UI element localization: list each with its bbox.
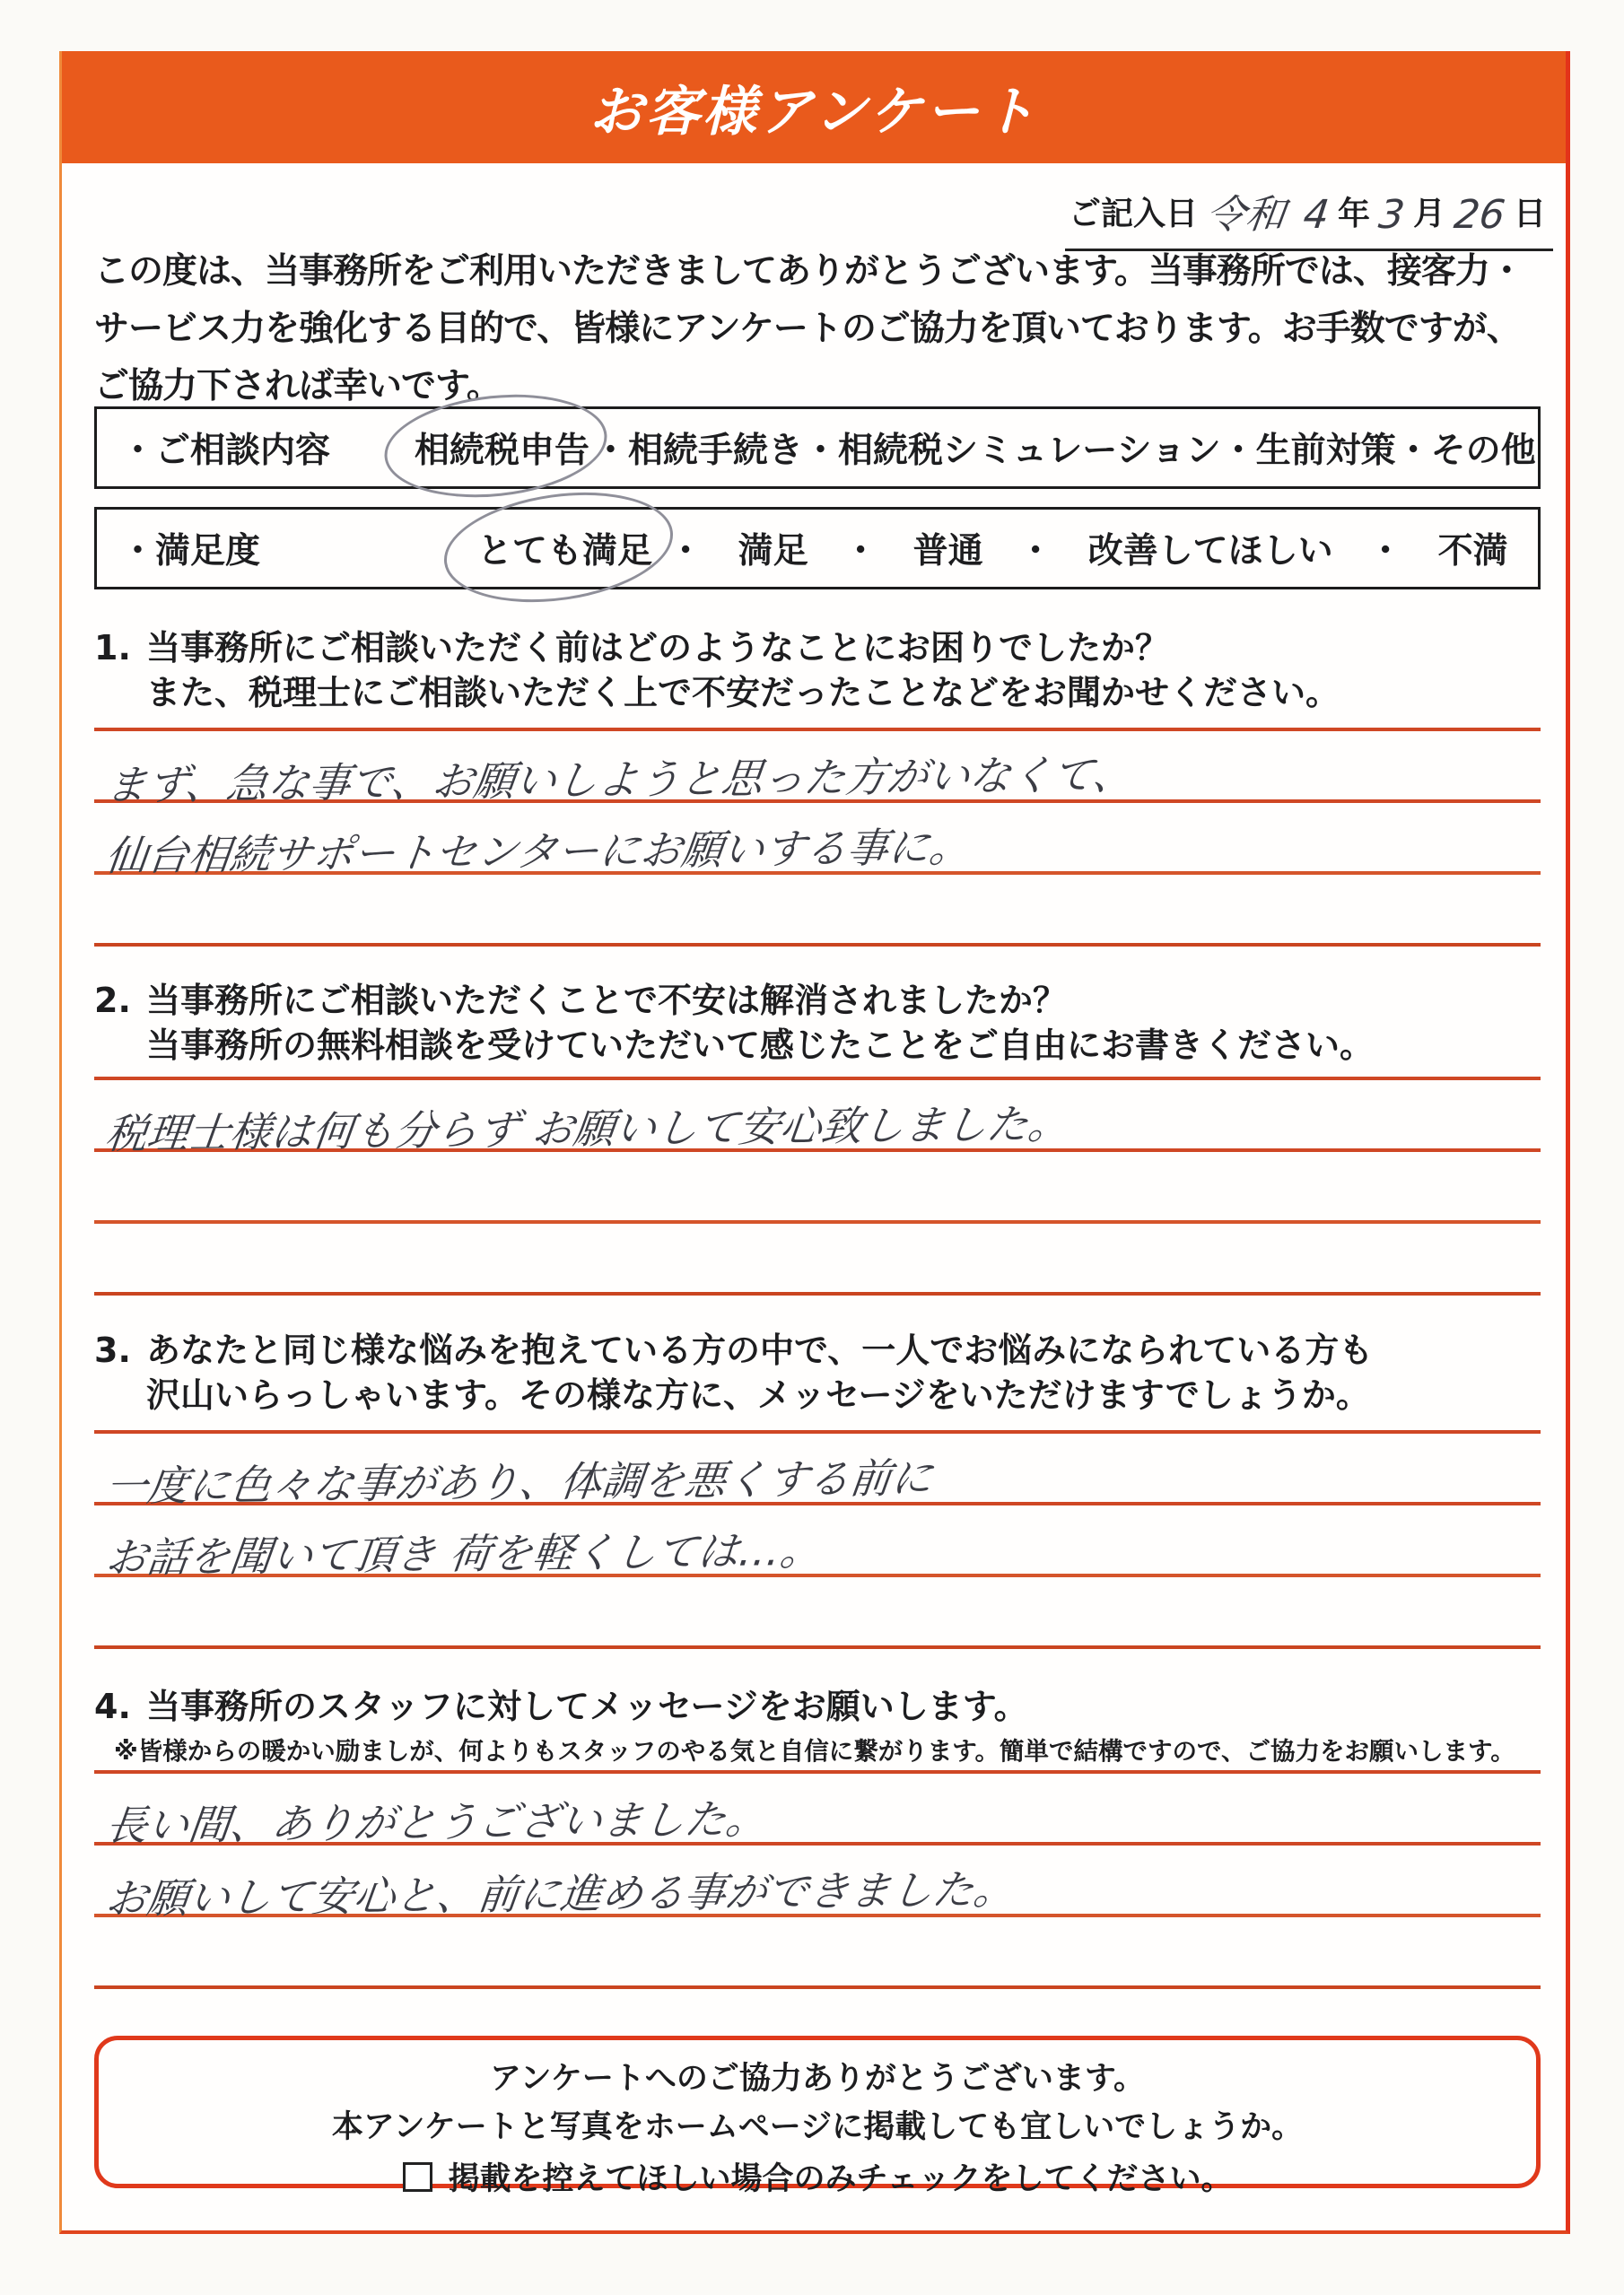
answer-line: お願いして安心と、前に進める事ができました。 (94, 1846, 1541, 1917)
handwritten-answer: 一度に色々な事があり、体調を悪くする前に (103, 1445, 937, 1514)
question-2-heading: 2. 当事務所にご相談いただくことで不安は解消されましたか？ 当事務所の無料相談… (94, 978, 1541, 1068)
question-2-answer-area: 税理士様は何も分らず お願いして安心致しました。 (94, 1077, 1541, 1296)
question-3: 3. あなたと同じ様な悩みを抱えている方の中で、一人でお悩みになられている方も … (94, 1328, 1541, 1649)
satisfaction-selected-option: とても満足 (474, 523, 656, 573)
question-4-line1: 当事務所のスタッフに対してメッセージをお願いします。 (146, 1687, 1028, 1726)
footer-consent-line: 本アンケートと写真をホームページに掲載しても宜しいでしょうか。 (99, 2103, 1536, 2151)
day-unit: 日 (1514, 196, 1546, 232)
handwritten-answer: お願いして安心と、前に進める事ができました。 (103, 1857, 1019, 1926)
question-2: 2. 当事務所にご相談いただくことで不安は解消されましたか？ 当事務所の無料相談… (94, 978, 1541, 1296)
answer-line (94, 1577, 1541, 1649)
satisfaction-options: とても満足 ・ 満足 ・ 普通 ・ 改善してほしい ・ 不満 (474, 523, 1508, 573)
answer-line: まず、急な事で、お願いしようと思った方がいなくて、 (94, 731, 1541, 803)
survey-scan-page: お客様アンケート ご記入日令和4年3月26日 この度は、当事務所をご利用いただき… (0, 0, 1624, 2295)
question-4-note: ※皆様からの暖かい励ましが、何よりもスタッフのやる気と自信に繋がります。簡単で結… (114, 1738, 1541, 1765)
satisfaction-selected-text: とても満足 (477, 531, 652, 572)
consultation-type-box: ・ご相談内容 相続税申告・相続手続き・相続税シミュレーション・生前対策・その他 (94, 406, 1541, 489)
page-title: お客様アンケート (589, 69, 1038, 146)
fill-date-label: ご記入日 (1069, 196, 1198, 232)
footer-thanks-line: アンケートへのご協力ありがとうございます。 (99, 2055, 1536, 2103)
answer-line (94, 1224, 1541, 1296)
question-4: 4. 当事務所のスタッフに対してメッセージをお願いします。 ※皆様からの暖かい励… (94, 1684, 1541, 1989)
answer-line: 長い間、ありがとうございました。 (94, 1774, 1541, 1846)
answer-line: お話を聞いて頂き 荷を軽くしては…。 (94, 1505, 1541, 1577)
question-1-heading: 1. 当事務所にご相談いただく前はどのようなことにお困りでしたか？ また、税理士… (94, 625, 1541, 715)
question-2-line2: 当事務所の無料相談を受けていただいて感じたことをご自由にお書きください。 (146, 1025, 1374, 1065)
question-4-text: 当事務所のスタッフに対してメッセージをお願いします。 (146, 1684, 1028, 1729)
answer-line (94, 1917, 1541, 1989)
question-3-line1: あなたと同じ様な悩みを抱えている方の中で、一人でお悩みになられている方も (146, 1331, 1373, 1370)
question-2-number: 2. (94, 978, 146, 1068)
opt-out-row: 掲載を控えてほしい場合のみチェックをしてください。 (99, 2155, 1536, 2203)
handwritten-answer: 仙台相続サポートセンターにお願いする事に。 (103, 815, 974, 883)
question-1-answer-area: まず、急な事で、お願いしようと思った方がいなくて、 仙台相続サポートセンターにお… (94, 728, 1541, 947)
consultation-options: 相続税申告・相続手続き・相続税シミュレーション・生前対策・その他 (411, 423, 1536, 473)
no-publish-checkbox[interactable] (403, 2162, 432, 2192)
header-banner: お客様アンケート (62, 51, 1566, 163)
question-3-answer-area: 一度に色々な事があり、体調を悪くする前に お話を聞いて頂き 荷を軽くしては…。 (94, 1430, 1541, 1649)
question-1: 1. 当事務所にご相談いただく前はどのようなことにお困りでしたか？ また、税理士… (94, 625, 1541, 947)
question-3-line2: 沢山いらっしゃいます。その様な方に、メッセージをいただけますでしょうか。 (146, 1375, 1370, 1415)
handwritten-year: 4 (1301, 192, 1332, 238)
question-2-text: 当事務所にご相談いただくことで不安は解消されましたか？ 当事務所の無料相談を受け… (146, 978, 1374, 1068)
fill-date-row: ご記入日令和4年3月26日 (1065, 182, 1553, 251)
question-4-answer-area: 長い間、ありがとうございました。 お願いして安心と、前に進める事ができました。 (94, 1770, 1541, 1989)
answer-line: 仙台相続サポートセンターにお願いする事に。 (94, 803, 1541, 875)
satisfaction-other-options: ・ 満足 ・ 普通 ・ 改善してほしい ・ 不満 (656, 531, 1508, 572)
answer-line: 税理士様は何も分らず お願いして安心致しました。 (94, 1080, 1541, 1152)
question-4-heading: 4. 当事務所のスタッフに対してメッセージをお願いします。 (94, 1684, 1541, 1729)
handwritten-answer: まず、急な事で、お願いしようと思った方がいなくて、 (103, 742, 1138, 812)
handwritten-day: 26 (1452, 192, 1507, 238)
answer-line (94, 875, 1541, 947)
answer-line (94, 1152, 1541, 1224)
consultation-selected-option: 相続税申告 (411, 423, 593, 473)
question-4-number: 4. (94, 1684, 146, 1729)
intro-paragraph: この度は、当事務所をご利用いただきましてありがとうございます。当事務所では、接客… (94, 243, 1546, 415)
handwritten-answer: お話を聞いて頂き 荷を軽くしては…。 (103, 1518, 825, 1584)
question-1-number: 1. (94, 625, 146, 715)
handwritten-month: 3 (1376, 192, 1407, 238)
question-2-line1: 当事務所にご相談いただくことで不安は解消されましたか？ (146, 981, 1067, 1020)
survey-sheet: お客様アンケート ご記入日令和4年3月26日 この度は、当事務所をご利用いただき… (59, 51, 1570, 2234)
question-3-text: あなたと同じ様な悩みを抱えている方の中で、一人でお悩みになられている方も 沢山い… (146, 1328, 1373, 1418)
consultation-selected-text: 相続税申告 (415, 431, 589, 471)
handwritten-answer: 税理士様は何も分らず お願いして安心致しました。 (103, 1091, 1073, 1160)
month-unit: 月 (1413, 196, 1445, 232)
consultation-label: ・ご相談内容 (97, 423, 411, 473)
satisfaction-box: ・満足度 とても満足 ・ 満足 ・ 普通 ・ 改善してほしい ・ 不満 (94, 507, 1541, 589)
question-3-heading: 3. あなたと同じ様な悩みを抱えている方の中で、一人でお悩みになられている方も … (94, 1328, 1541, 1418)
consultation-other-options: ・相続手続き・相続税シミュレーション・生前対策・その他 (593, 431, 1536, 471)
no-publish-label: 掲載を控えてほしい場合のみチェックをしてください。 (449, 2161, 1233, 2197)
question-1-line2: また、税理士にご相談いただく上で不安だったことなどをお聞かせください。 (146, 673, 1340, 712)
question-1-line1: 当事務所にご相談いただく前はどのようなことにお困りでしたか？ (146, 628, 1169, 668)
handwritten-era: 令和 (1203, 182, 1289, 240)
answer-line: 一度に色々な事があり、体調を悪くする前に (94, 1434, 1541, 1505)
year-unit: 年 (1338, 196, 1370, 232)
question-3-number: 3. (94, 1328, 146, 1418)
satisfaction-label: ・満足度 (97, 523, 411, 573)
handwritten-answer: 長い間、ありがとうございました。 (103, 1786, 771, 1853)
publication-consent-box: アンケートへのご協力ありがとうございます。 本アンケートと写真をホームページに掲… (94, 2036, 1541, 2188)
question-1-text: 当事務所にご相談いただく前はどのようなことにお困りでしたか？ また、税理士にご相… (146, 625, 1340, 715)
